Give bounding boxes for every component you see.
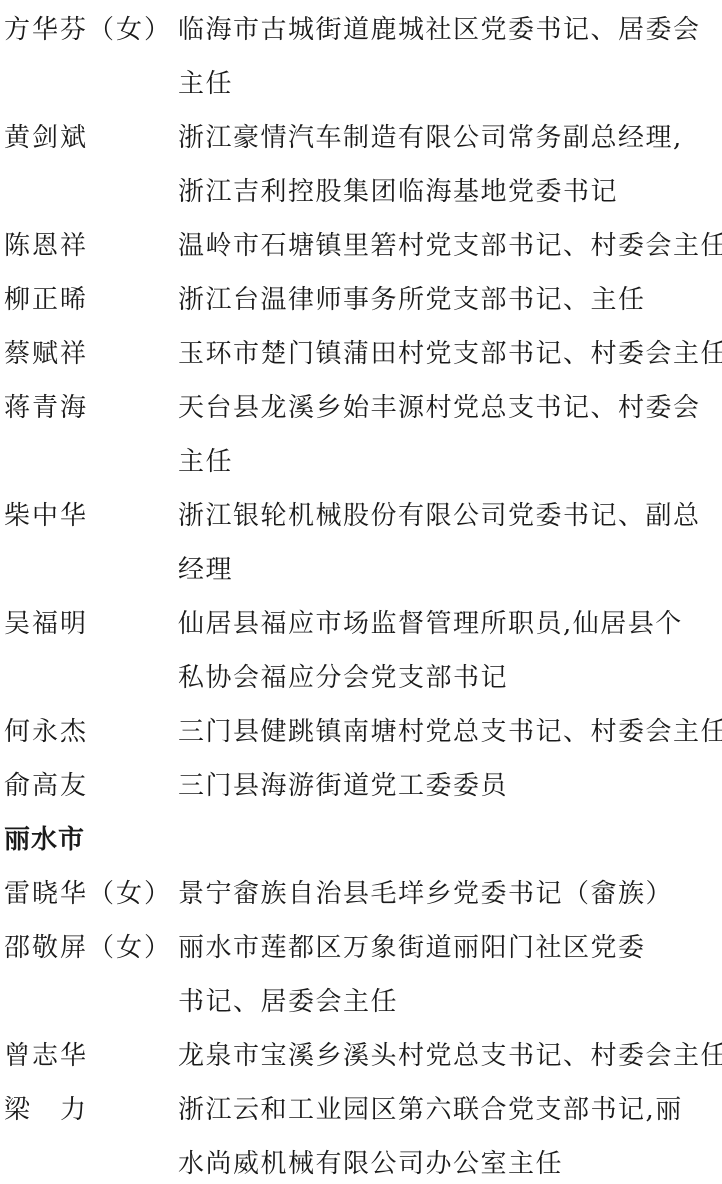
- list-item: 曾志华 龙泉市宝溪乡溪头村党总支书记、村委会主任: [0, 1029, 722, 1083]
- list-item: 方华芬（女） 临海市古城街道鹿城社区党委书记、居委会 主任: [0, 3, 722, 111]
- list-item: 雷晓华（女） 景宁畲族自治县毛垟乡党委书记（畲族）: [0, 867, 722, 921]
- person-name: 何永杰: [0, 705, 178, 759]
- person-title: 临海市古城街道鹿城社区党委书记、居委会 主任: [178, 3, 722, 111]
- list-item: 蔡赋祥 玉环市楚门镇蒲田村党支部书记、村委会主任: [0, 327, 722, 381]
- list-item: 邵敬屏（女） 丽水市莲都区万象街道丽阳门社区党委 书记、居委会主任: [0, 921, 722, 1029]
- list-item: 俞高友 三门县海游街道党工委委员: [0, 759, 722, 813]
- person-name: 俞高友: [0, 759, 178, 813]
- person-title: 浙江银轮机械股份有限公司党委书记、副总 经理: [178, 489, 722, 597]
- list-item: 吴福明 仙居县福应市场监督管理所职员,仙居县个 私协会福应分会党支部书记: [0, 597, 722, 705]
- person-name: 黄剑斌: [0, 111, 178, 219]
- list-item: 何永杰 三门县健跳镇南塘村党总支书记、村委会主任: [0, 705, 722, 759]
- person-title: 三门县健跳镇南塘村党总支书记、村委会主任: [178, 705, 722, 759]
- person-name: 蒋青海: [0, 381, 178, 489]
- person-name: 柴中华: [0, 489, 178, 597]
- person-title: 浙江台温律师事务所党支部书记、主任: [178, 273, 722, 327]
- list-item: 柳正晞 浙江台温律师事务所党支部书记、主任: [0, 273, 722, 327]
- person-name: 吴福明: [0, 597, 178, 705]
- person-name: 方华芬（女）: [0, 3, 178, 111]
- list-item: 梁 力 浙江云和工业园区第六联合党支部书记,丽 水尚威机械有限公司办公室主任: [0, 1083, 722, 1184]
- list-item: 蒋青海 天台县龙溪乡始丰源村党总支书记、村委会 主任: [0, 381, 722, 489]
- person-title: 景宁畲族自治县毛垟乡党委书记（畲族）: [178, 867, 722, 921]
- list-item: 柴中华 浙江银轮机械股份有限公司党委书记、副总 经理: [0, 489, 722, 597]
- person-title: 三门县海游街道党工委委员: [178, 759, 722, 813]
- person-title: 浙江豪情汽车制造有限公司常务副总经理, 浙江吉利控股集团临海基地党委书记: [178, 111, 722, 219]
- person-name: 邵敬屏（女）: [0, 921, 178, 1029]
- person-name: 梁 力: [0, 1083, 178, 1184]
- person-name: 雷晓华（女）: [0, 867, 178, 921]
- person-title: 天台县龙溪乡始丰源村党总支书记、村委会 主任: [178, 381, 722, 489]
- person-name: 柳正晞: [0, 273, 178, 327]
- person-name: 陈恩祥: [0, 219, 178, 273]
- list-item: 陈恩祥 温岭市石塘镇里箬村党支部书记、村委会主任: [0, 219, 722, 273]
- person-name: 蔡赋祥: [0, 327, 178, 381]
- person-title: 浙江云和工业园区第六联合党支部书记,丽 水尚威机械有限公司办公室主任: [178, 1083, 722, 1184]
- person-name: 曾志华: [0, 1029, 178, 1083]
- person-title: 温岭市石塘镇里箬村党支部书记、村委会主任: [178, 219, 722, 273]
- section-heading-lishui: 丽水市: [0, 813, 722, 867]
- document-page: 方华芬（女） 临海市古城街道鹿城社区党委书记、居委会 主任 黄剑斌 浙江豪情汽车…: [0, 3, 722, 1184]
- list-item: 黄剑斌 浙江豪情汽车制造有限公司常务副总经理, 浙江吉利控股集团临海基地党委书记: [0, 111, 722, 219]
- person-title: 仙居县福应市场监督管理所职员,仙居县个 私协会福应分会党支部书记: [178, 597, 722, 705]
- person-title: 玉环市楚门镇蒲田村党支部书记、村委会主任: [178, 327, 722, 381]
- person-title: 丽水市莲都区万象街道丽阳门社区党委 书记、居委会主任: [178, 921, 722, 1029]
- person-title: 龙泉市宝溪乡溪头村党总支书记、村委会主任: [178, 1029, 722, 1083]
